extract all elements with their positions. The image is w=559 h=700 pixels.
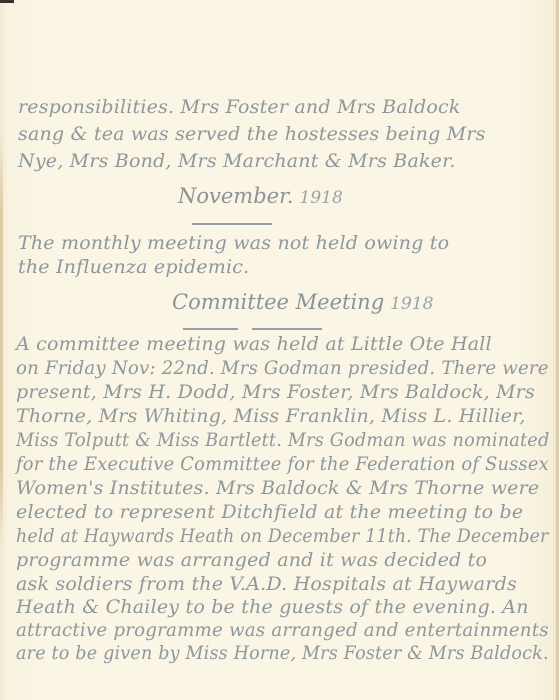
november-year: 1918	[300, 188, 343, 208]
committee-line-7: Women's Institutes. Mrs Baldock & Mrs Th…	[16, 479, 539, 498]
november-line-2: the Influenza epidemic.	[18, 258, 249, 277]
committee-line-10: programme was arranged and it was decide…	[16, 551, 487, 570]
committee-line-14: are to be given by Miss Horne, Mrs Foste…	[16, 644, 549, 663]
november-heading: November.1918	[178, 186, 343, 207]
november-line-1: The monthly meeting was not held owing t…	[18, 234, 449, 253]
committee-line-6: for the Executive Committee for the Fede…	[16, 455, 549, 474]
continuation-line-1: responsibilities. Mrs Foster and Mrs Bal…	[18, 98, 461, 117]
continuation-line-3: Nye, Mrs Bond, Mrs Marchant & Mrs Baker.	[18, 152, 456, 171]
committee-line-13: attractive programme was arranged and en…	[16, 621, 549, 640]
committee-underline-left	[183, 328, 238, 330]
november-underline	[192, 223, 272, 225]
committee-heading-text: Committee Meeting	[172, 290, 384, 314]
committee-year: 1918	[390, 294, 433, 314]
page-corner-shadow	[0, 0, 14, 3]
committee-line-1: A committee meeting was held at Little O…	[16, 335, 492, 354]
committee-underline-right	[252, 328, 322, 330]
committee-line-5: Miss Tolputt & Miss Bartlett. Mrs Godman…	[16, 431, 549, 450]
committee-line-4: Thorne, Mrs Whiting, Miss Franklin, Miss…	[16, 407, 526, 426]
committee-line-8: elected to represent Ditchfield at the m…	[16, 503, 523, 522]
committee-line-2: on Friday Nov: 22nd. Mrs Godman presided…	[16, 359, 549, 378]
november-heading-text: November.	[178, 184, 294, 208]
binding-margin	[0, 130, 3, 550]
manuscript-page: responsibilities. Mrs Foster and Mrs Bal…	[0, 0, 559, 700]
continuation-line-2: sang & tea was served the hostesses bein…	[18, 125, 486, 144]
committee-line-9: held at Haywards Heath on December 11th.…	[16, 527, 549, 546]
committee-line-3: present, Mrs H. Dodd, Mrs Foster, Mrs Ba…	[16, 383, 535, 402]
committee-heading: Committee Meeting1918	[172, 292, 433, 313]
committee-line-11: ask soldiers from the V.A.D. Hospitals a…	[16, 575, 517, 594]
committee-line-12: Heath & Chailey to be the guests of the …	[16, 598, 529, 617]
